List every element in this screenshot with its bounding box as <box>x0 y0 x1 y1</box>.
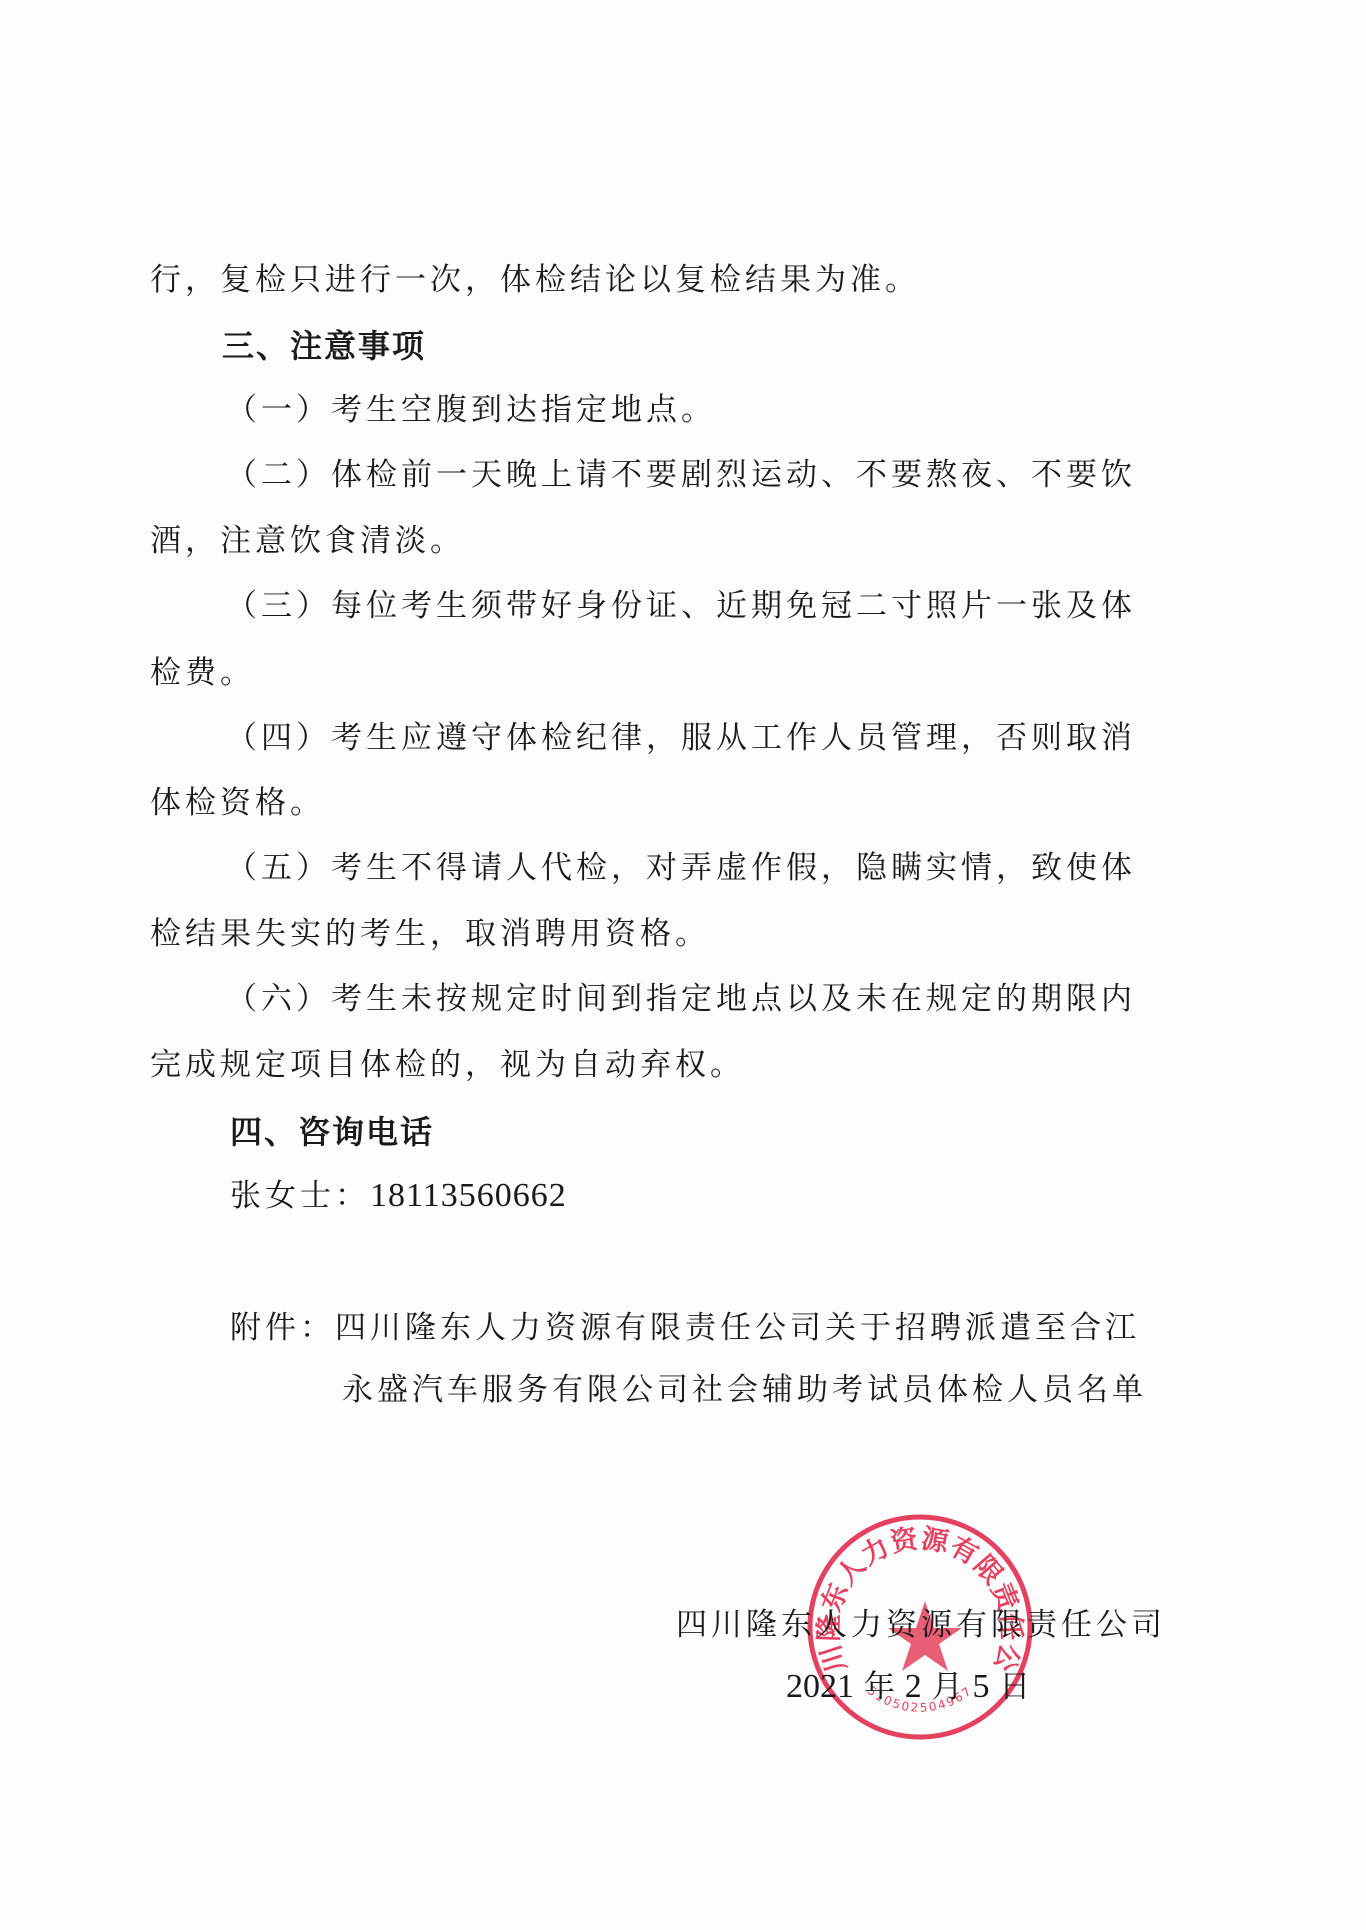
notice-item-6: （六）考生未按规定时间到指定地点以及未在规定的期限内 <box>226 979 1136 1019</box>
notice-item-3-cont: 检费。 <box>150 653 255 693</box>
notice-item-2: （二）体检前一天晚上请不要剧烈运动、不要熬夜、不要饮 <box>226 455 1136 495</box>
notice-item-3: （三）每位考生须带好身份证、近期免冠二寸照片一张及体 <box>226 586 1136 626</box>
notice-item-1: （一）考生空腹到达指定地点。 <box>226 390 716 430</box>
notice-item-5-cont: 检结果失实的考生，取消聘用资格。 <box>150 914 710 954</box>
section-heading-contact: 四、咨询电话 <box>230 1112 434 1152</box>
notice-item-6-cont: 完成规定项目体检的，视为自动弃权。 <box>150 1045 745 1085</box>
date-day: 5 <box>972 1668 989 1705</box>
signature-organization: 四川隆东人力资源有限责任公司 <box>676 1605 1166 1645</box>
attachment-line-2: 永盛汽车服务有限公司社会辅助考试员体检人员名单 <box>342 1370 1147 1410</box>
date-month: 2 <box>905 1668 922 1705</box>
notice-item-2-cont: 酒，注意饮食清淡。 <box>150 521 465 561</box>
attachment-title: 四川隆东人力资源有限责任公司关于招聘派遣至合江 <box>335 1310 1140 1346</box>
date-year: 2021 <box>786 1668 854 1705</box>
notice-item-4: （四）考生应遵守体检纪律，服从工作人员管理，否则取消 <box>226 718 1136 758</box>
attachment-line-1: 附件：四川隆东人力资源有限责任公司关于招聘派遣至合江 <box>230 1308 1140 1348</box>
section-heading-notes: 三、注意事项 <box>222 326 426 366</box>
notice-item-5: （五）考生不得请人代检，对弄虚作假，隐瞒实情，致使体 <box>226 848 1136 888</box>
stamp-text: 四川隆东人力资源有限责任公司 <box>804 1511 1026 1676</box>
contact-label: 张女士： <box>230 1178 370 1214</box>
body-text-line: 行，复检只进行一次，体检结论以复检结果为准。 <box>150 260 920 300</box>
date-day-unit: 日 <box>999 1669 1030 1705</box>
notice-item-4-cont: 体检资格。 <box>150 783 325 823</box>
svg-text:四川隆东人力资源有限责任公司: 四川隆东人力资源有限责任公司 <box>804 1511 1026 1676</box>
attachment-label: 附件： <box>230 1310 335 1346</box>
contact-phone: 18113560662 <box>370 1177 567 1214</box>
date-month-unit: 月 <box>932 1669 963 1705</box>
signature-date: 2021 年 2 月 5 日 <box>786 1667 1030 1707</box>
contact-line: 张女士：18113560662 <box>230 1176 567 1216</box>
date-year-unit: 年 <box>864 1669 895 1705</box>
